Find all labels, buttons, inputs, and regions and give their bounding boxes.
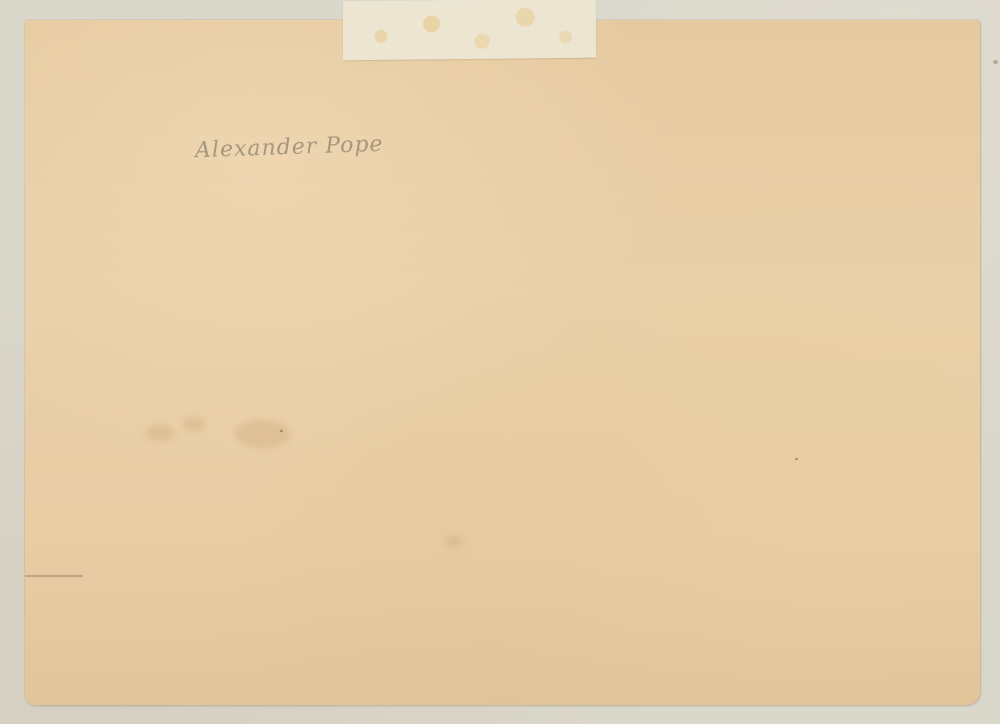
foxing-stain: [235, 420, 290, 448]
pencil-mark: [25, 575, 83, 577]
foxing-stain: [183, 417, 205, 431]
paper-sheet: [25, 20, 980, 705]
speck: [795, 458, 798, 460]
speck: [280, 430, 283, 432]
foxing-stain: [145, 425, 175, 441]
foxing-stain: [445, 535, 463, 547]
hinge-tape: [343, 0, 596, 60]
speck: [993, 60, 998, 64]
